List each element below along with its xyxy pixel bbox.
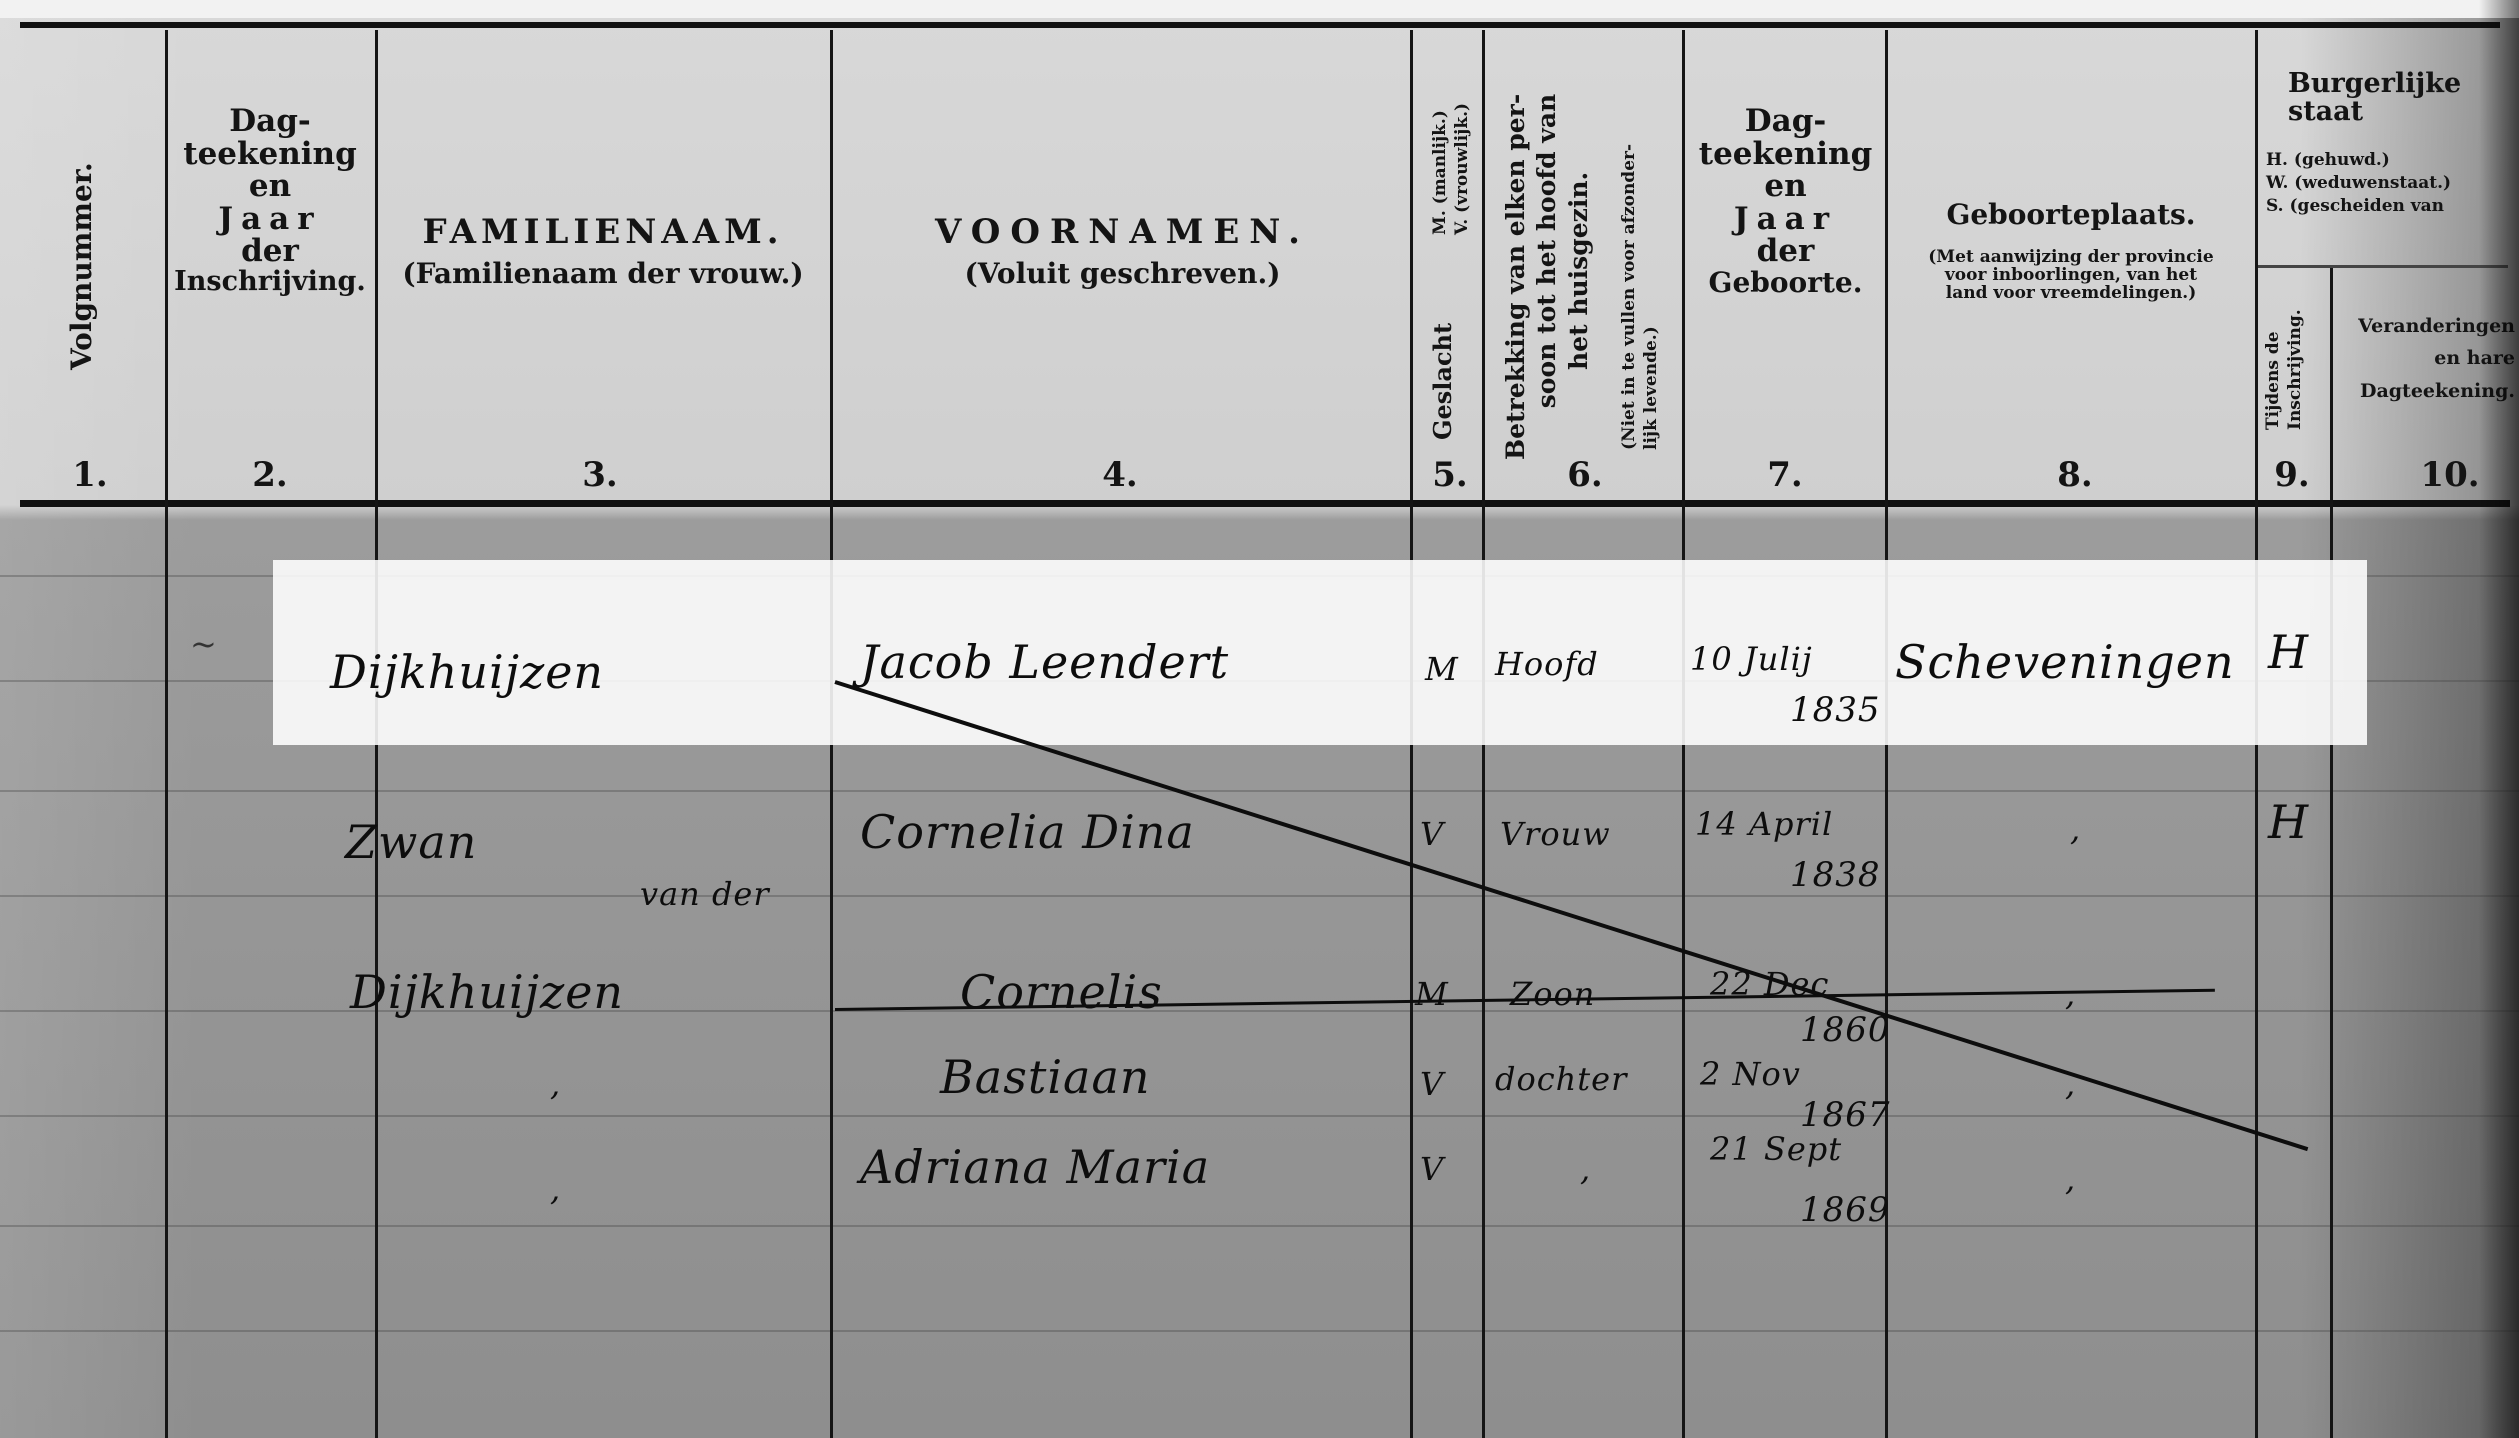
entry-3-geslacht: M: [1415, 975, 1449, 1013]
entry-2-geboortedatum: 14 April: [1695, 805, 1833, 843]
header-betrekking: Betrekking van elken per- soon tot het h…: [1500, 94, 1594, 460]
entry-3-betrekking: Zoon: [1510, 975, 1595, 1013]
header-geslacht-v: V. (vrouwlijk.): [1452, 103, 1472, 235]
header-voornamen: VOORNAMEN. (Voluit geschreven.): [835, 215, 1410, 288]
column-number-9: 9.: [2262, 455, 2322, 495]
column-number-5: 5.: [1420, 455, 1480, 495]
column-number-6: 6.: [1555, 455, 1615, 495]
column-number-1: 1.: [60, 455, 120, 495]
top-rule: [20, 22, 2500, 28]
header-dagteekening-inschrijving: Dag- teekening en Jaar der Inschrijving.: [170, 105, 370, 296]
header-volgnummer: Volgnummer.: [65, 162, 98, 370]
entry-5-geboorteplaats: ,: [2065, 1160, 2076, 1198]
column-number-10: 10.: [2410, 455, 2490, 495]
margin-mark: ~: [190, 625, 218, 663]
entry-2-geboorteplaats: ,: [2070, 810, 2081, 848]
entry-4-familienaam: ,: [550, 1065, 561, 1103]
header-dagteekening-geboorte: Dag- teekening en Jaar der Geboorte.: [1688, 105, 1883, 297]
entry-1-geboorteplaats: Scheveningen: [1895, 635, 2235, 689]
entry-2-familienaam-prefix: van der: [640, 875, 770, 913]
entry-2-geslacht: V: [1420, 815, 1444, 853]
entry-3-voornamen: Cornelis: [960, 965, 1163, 1019]
header-familienaam: FAMILIENAAM. (Familienaam der vrouw.): [378, 215, 828, 288]
entry-1-geslacht: M: [1425, 650, 1459, 688]
entry-4-geboortedatum: 2 Nov: [1700, 1055, 1801, 1093]
header-bottom-rule: [20, 500, 2510, 507]
entry-5-geboortejaar: 1869: [1800, 1190, 1891, 1230]
entry-5-voornamen: Adriana Maria: [860, 1140, 1210, 1194]
column-divider: [2330, 268, 2333, 1438]
entry-2-voornamen: Cornelia Dina: [860, 805, 1195, 859]
entry-4-betrekking: dochter: [1495, 1060, 1627, 1098]
column-number-8: 8.: [2045, 455, 2105, 495]
header-tijdens-inschrijving: Tijdens de Inschrijving.: [2262, 309, 2306, 430]
header-betrekking-note: (Niet in te vullen voor afzonder- lijk l…: [1618, 144, 1662, 450]
entry-1-geboortejaar: 1835: [1790, 690, 1881, 730]
entry-5-geslacht: V: [1420, 1150, 1444, 1188]
entry-4-geslacht: V: [1420, 1065, 1444, 1103]
entry-5-geboortedatum: 21 Sept: [1710, 1130, 1842, 1168]
register-page: Volgnummer. Dag- teekening en Jaar der I…: [0, 0, 2519, 1438]
entry-1-geboortedatum: 10 Julij: [1690, 640, 1813, 678]
entry-1-burgerlijke-staat: H: [2268, 625, 2309, 679]
burgerlijke-staat-divider: [2258, 265, 2508, 268]
entry-2-familienaam: Zwan: [345, 815, 477, 869]
entry-5-betrekking: ,: [1580, 1150, 1591, 1188]
entry-3-familienaam: Dijkhuijzen: [350, 965, 624, 1019]
column-number-4: 4.: [1090, 455, 1150, 495]
column-number-2: 2.: [240, 455, 300, 495]
column-divider: [165, 30, 168, 1438]
entry-2-geboortejaar: 1838: [1790, 855, 1881, 895]
page-top-margin: [0, 0, 2519, 18]
entry-4-voornamen: Bastiaan: [940, 1050, 1151, 1104]
entry-3-geboortejaar: 1860: [1800, 1010, 1891, 1050]
entry-3-geboorteplaats: ,: [2065, 975, 2076, 1013]
page-edge-shadow: [2479, 0, 2519, 1438]
column-number-7: 7.: [1755, 455, 1815, 495]
entry-1-voornamen: Jacob Leendert: [860, 635, 1229, 689]
entry-2-betrekking: Vrouw: [1500, 815, 1611, 853]
header-geslacht: Geslacht: [1428, 323, 1457, 440]
header-geslacht-m: M. (manlijk.): [1430, 110, 1450, 235]
entry-4-geboortejaar: 1867: [1800, 1095, 1891, 1135]
entry-1-familienaam: Dijkhuijzen: [330, 645, 604, 699]
header-geboorteplaats: Geboorteplaats. (Met aanwijzing der prov…: [1890, 200, 2252, 303]
entry-5-familienaam: ,: [550, 1170, 561, 1208]
entry-1-betrekking: Hoofd: [1495, 645, 1599, 683]
entry-2-burgerlijke-staat: H: [2268, 795, 2309, 849]
column-number-3: 3.: [570, 455, 630, 495]
